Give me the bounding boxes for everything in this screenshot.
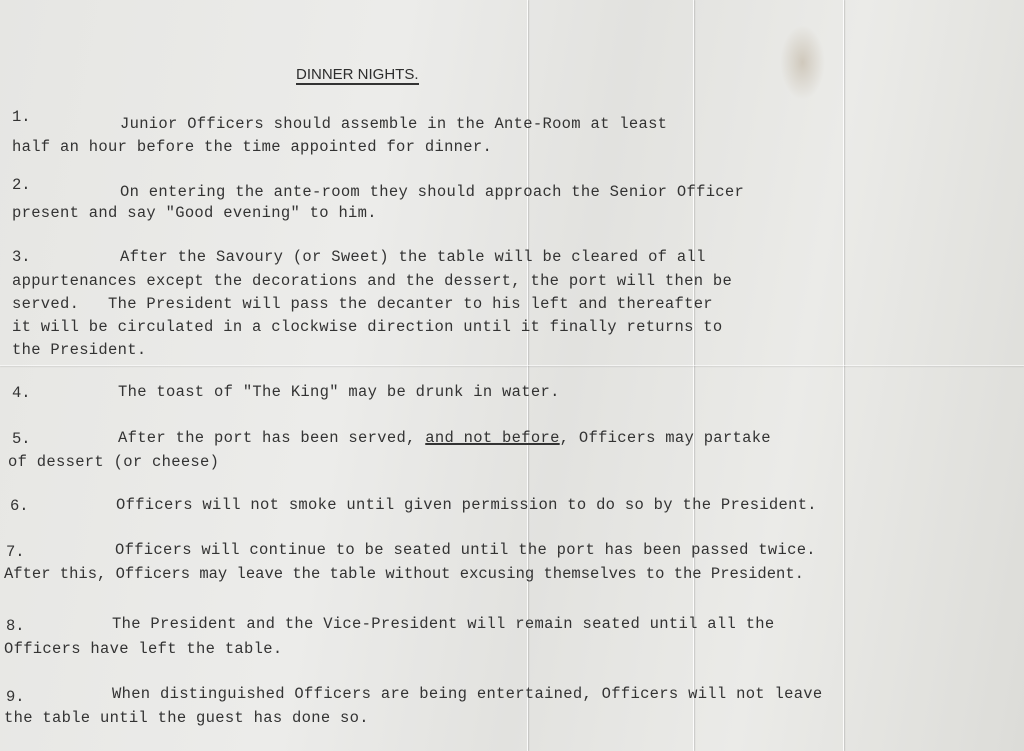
rule-text-line: it will be circulated in a clockwise dir… [12,318,723,336]
rule-text-line: Officers will continue to be seated unti… [115,541,816,559]
rule-text-line: the President. [12,341,146,359]
rule-text-line: the table until the guest has done so. [4,709,369,727]
rule-text-line: On entering the ante-room they should ap… [120,183,744,201]
document-title: DINNER NIGHTS. [296,66,419,85]
rule-number: 3. [12,248,31,266]
rule-text-line: of dessert (or cheese) [8,453,219,471]
rule-text-line: The toast of "The King" may be drunk in … [118,383,560,401]
rule-number: 6. [10,497,29,515]
rule-number: 9. [6,688,25,706]
rule-number: 5. [12,430,31,448]
rule-text-line: half an hour before the time appointed f… [12,138,492,156]
paper-stain [780,25,825,100]
emphasis-underline: and not before [425,429,559,447]
rule-number: 7. [6,543,25,561]
rule-text-line: appurtenances except the decorations and… [12,272,732,290]
rule-number: 1. [12,108,31,126]
rule-text-line: When distinguished Officers are being en… [112,685,823,703]
rule-text-post: , Officers may partake [560,429,771,447]
rule-text-line: Junior Officers should assemble in the A… [120,115,667,133]
rule-text-line: present and say "Good evening" to him. [12,204,377,222]
rule-number: 8. [6,617,25,635]
rule-text-line: served. The President will pass the deca… [12,295,713,313]
rule-text-line: After this, Officers may leave the table… [4,565,804,583]
rule-number: 2. [12,176,31,194]
rule-text-line: Officers have left the table. [4,640,282,658]
rule-number: 4. [12,384,31,402]
rule-text-line: After the Savoury (or Sweet) the table w… [120,248,706,266]
rule-text-line: After the port has been served, and not … [118,429,771,447]
rule-text-pre: After the port has been served, [118,429,425,447]
fold-line [527,0,528,751]
fold-line [693,0,694,751]
fold-line [0,365,1024,366]
rule-text-line: The President and the Vice-President wil… [112,615,775,633]
rule-text-line: Officers will not smoke until given perm… [116,496,817,514]
fold-line [843,0,844,751]
